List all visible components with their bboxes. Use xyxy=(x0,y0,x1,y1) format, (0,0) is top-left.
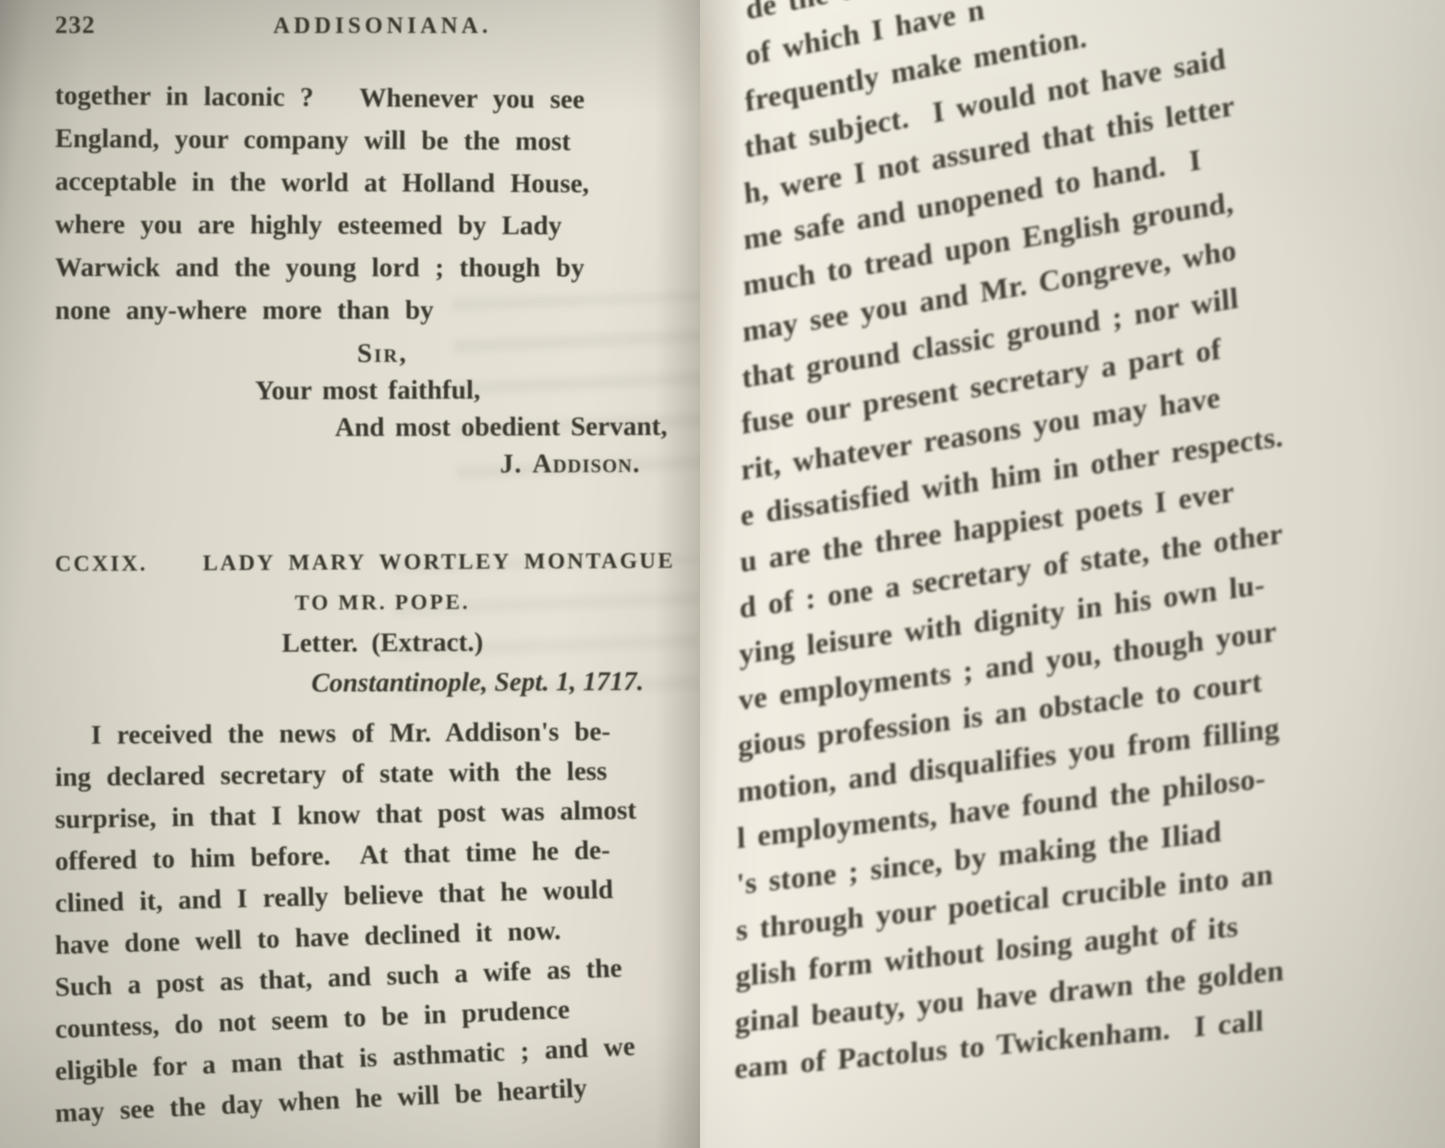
text-line: together in laconic ? Whenever you see xyxy=(55,74,710,122)
text-line: England, your company will be the most xyxy=(55,117,710,164)
letter-paragraph-2: I received the news of Mr. Addison's be-… xyxy=(55,714,710,1134)
text-line: acceptable in the world at Holland House… xyxy=(55,160,710,206)
text-line: Warwick and the young lord ; though by xyxy=(55,246,710,290)
book-photo: 232 ADDISONIANA. together in laconic ? W… xyxy=(0,0,1445,1148)
running-head: ADDISONIANA. xyxy=(55,8,710,44)
left-page-header: 232 ADDISONIANA. xyxy=(55,8,710,44)
left-page: 232 ADDISONIANA. together in laconic ? W… xyxy=(0,0,742,1148)
right-page: de the thougof which I have nfrequently … xyxy=(700,0,1445,1148)
text-line: where you are highly esteemed by Lady xyxy=(55,203,710,248)
right-page-content: de the thougof which I have nfrequently … xyxy=(740,0,1445,1092)
